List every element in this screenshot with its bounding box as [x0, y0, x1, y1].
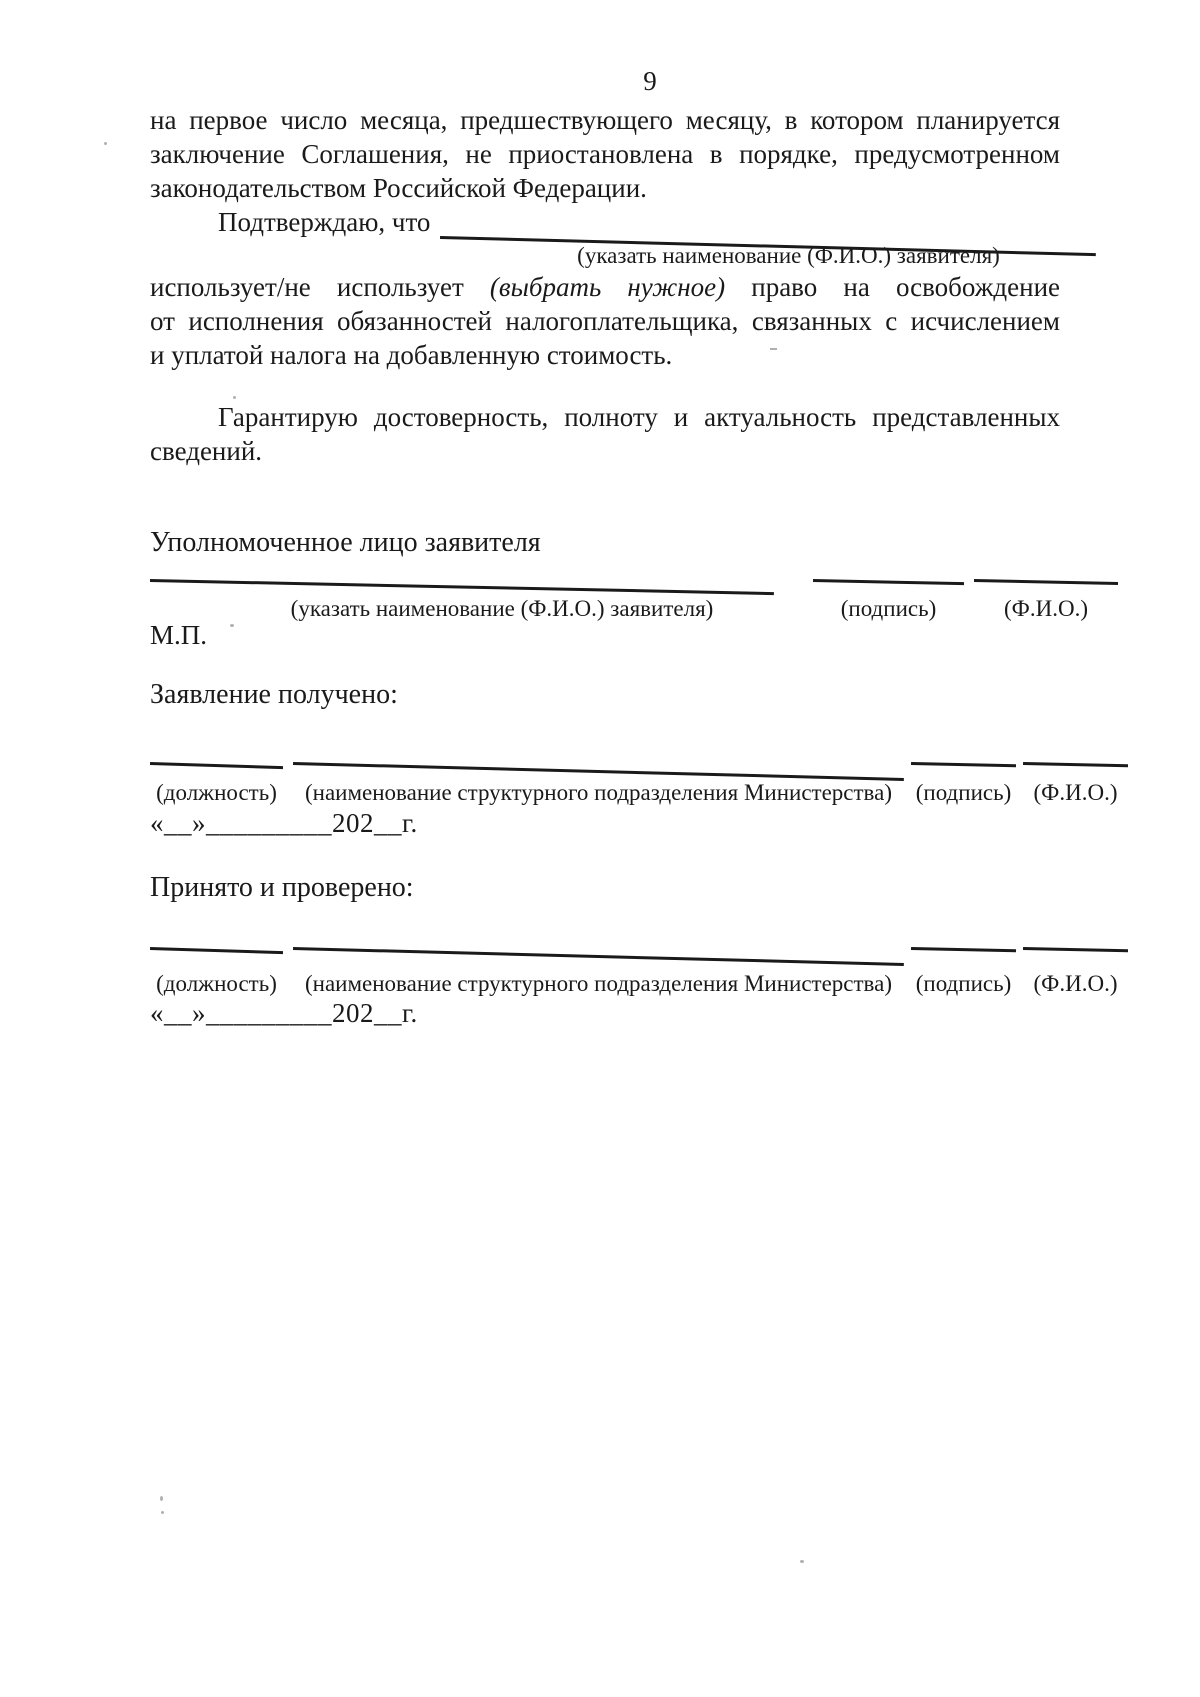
- signature-line-name: [150, 560, 774, 595]
- signature-captions-checked: (должность) (наименование структурного п…: [150, 971, 1128, 997]
- choose-needed-italic: (выбрать нужное): [490, 272, 725, 302]
- text-line: от исполнения обязанностей налогоплатель…: [150, 304, 1060, 338]
- signature-line-row-received: [150, 743, 1128, 765]
- caption-signature: (подпись): [813, 596, 964, 622]
- text-line: на первое число месяца, предшествующего …: [150, 103, 1060, 137]
- page-number: 9: [150, 64, 1150, 98]
- signature-line-row-checked: [150, 928, 1128, 950]
- scan-speck: [800, 1560, 804, 1563]
- text-line: и уплатой налога на добавленную стоимост…: [150, 338, 1060, 372]
- signature-line-sign: [911, 928, 1016, 952]
- signature-line-unit: [293, 743, 904, 781]
- caption-ministry-unit: (наименование структурного подразделения…: [293, 780, 904, 806]
- scan-speck: [160, 1496, 163, 1501]
- text-line: использует/не использует (выбрать нужное…: [150, 270, 1060, 304]
- paragraph-vat-exemption: использует/не использует (выбрать нужное…: [150, 270, 1060, 372]
- signature-line-sign: [911, 743, 1016, 767]
- usage-right-text: право на освобождение: [751, 272, 1060, 302]
- signature-captions-received: (должность) (наименование структурного п…: [150, 780, 1128, 806]
- caption-signature: (подпись): [911, 780, 1016, 806]
- text-line: заключение Соглашения, не приостановлена…: [150, 137, 1060, 171]
- text-line: законодательством Российской Федерации.: [150, 171, 1060, 205]
- caption-ministry-unit: (наименование структурного подразделения…: [293, 971, 904, 997]
- accepted-checked-label: Принято и проверено:: [150, 871, 414, 905]
- text-line: Гарантирую достоверность, полноту и акту…: [150, 400, 1060, 434]
- caption-fio: (Ф.И.О.): [974, 596, 1118, 622]
- application-received-label: Заявление получено:: [150, 678, 398, 712]
- confirm-prefix-text: Подтверждаю, что: [150, 205, 430, 239]
- signature-line-row-applicant: [150, 560, 1118, 582]
- scan-speck: [104, 142, 107, 145]
- stamp-place-label: М.П.: [150, 618, 207, 652]
- signature-line-sign: [813, 560, 964, 585]
- caption-applicant-name: (указать наименование (Ф.И.О.) заявителя…: [451, 243, 1096, 269]
- authorized-person-label: Уполномоченное лицо заявителя: [150, 526, 541, 560]
- caption-position: (должность): [150, 971, 283, 997]
- signature-line-fio: [974, 560, 1118, 585]
- scan-speck: [233, 396, 236, 399]
- signature-line-position: [150, 743, 284, 769]
- caption-fio: (Ф.И.О.): [1023, 971, 1128, 997]
- scan-speck: [770, 348, 777, 350]
- caption-position: (должность): [150, 780, 283, 806]
- caption-fio: (Ф.И.О.): [1023, 780, 1128, 806]
- usage-choice-text: использует/не использует: [150, 272, 464, 302]
- paragraph-tax-status: на первое число месяца, предшествующего …: [150, 103, 1060, 205]
- date-blank-received: «__»_________202__г.: [150, 806, 418, 840]
- paragraph-guarantee: Гарантирую достоверность, полноту и акту…: [150, 400, 1060, 468]
- caption-applicant-name: (указать наименование (Ф.И.О.) заявителя…: [150, 596, 774, 622]
- signature-line-fio: [1023, 743, 1128, 767]
- scan-speck: [230, 624, 234, 627]
- scanned-document-page: 9 на первое число месяца, предшествующег…: [0, 0, 1200, 1697]
- confirm-statement-row: Подтверждаю, что: [150, 205, 1096, 239]
- signature-line-unit: [293, 928, 904, 966]
- scan-speck: [161, 1511, 164, 1514]
- signature-line-fio: [1023, 928, 1128, 952]
- signature-line-position: [150, 928, 284, 954]
- signature-captions-applicant: (указать наименование (Ф.И.О.) заявителя…: [150, 596, 1118, 622]
- text-line: сведений.: [150, 434, 1060, 468]
- date-blank-checked: «__»_________202__г.: [150, 996, 418, 1030]
- caption-signature: (подпись): [911, 971, 1016, 997]
